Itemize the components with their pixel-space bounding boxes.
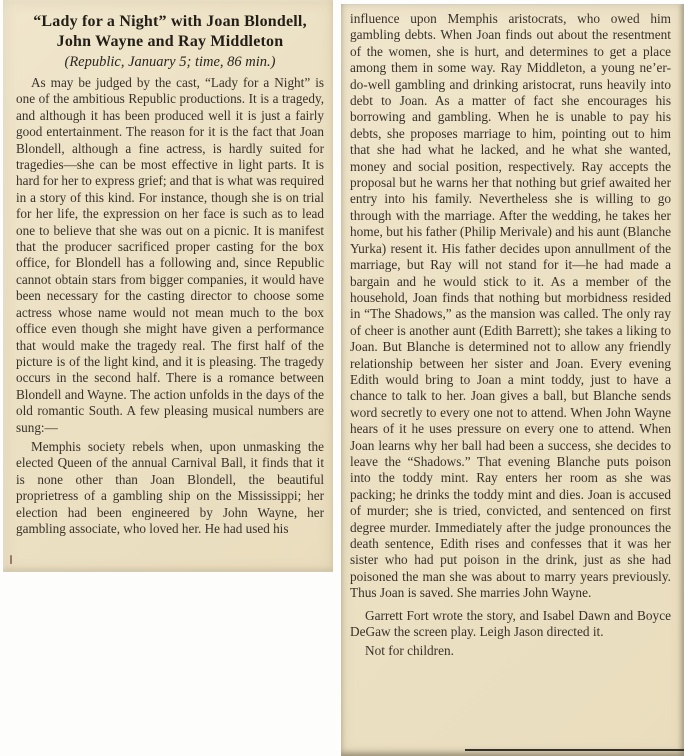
scanned-page: “Lady for a Night” with Joan Blondell, J… bbox=[0, 0, 684, 756]
advisory-paragraph: Not for children. bbox=[350, 643, 671, 659]
left-column: “Lady for a Night” with Joan Blondell, J… bbox=[3, 0, 333, 572]
article-title: “Lady for a Night” with Joan Blondell, J… bbox=[16, 12, 324, 52]
credits-paragraph: Garrett Fort wrote the story, and Isabel… bbox=[350, 608, 671, 641]
release-info: (Republic, January 5; time, 86 min.) bbox=[16, 53, 324, 71]
right-column: influence upon Memphis aristocrats, who … bbox=[341, 4, 684, 756]
title-line-2: John Wayne and Ray Middleton bbox=[16, 32, 324, 52]
synopsis-continuation-paragraph: influence upon Memphis aristocrats, who … bbox=[350, 11, 671, 602]
bottom-rule-divider bbox=[465, 749, 684, 751]
paper-artifact-mark bbox=[10, 555, 12, 564]
title-line-1: “Lady for a Night” with Joan Blondell, bbox=[16, 12, 324, 32]
review-opinion-paragraph: As may be judged by the cast, “Lady for … bbox=[16, 75, 324, 436]
synopsis-paragraph: Memphis society rebels when, upon unmask… bbox=[16, 439, 324, 537]
